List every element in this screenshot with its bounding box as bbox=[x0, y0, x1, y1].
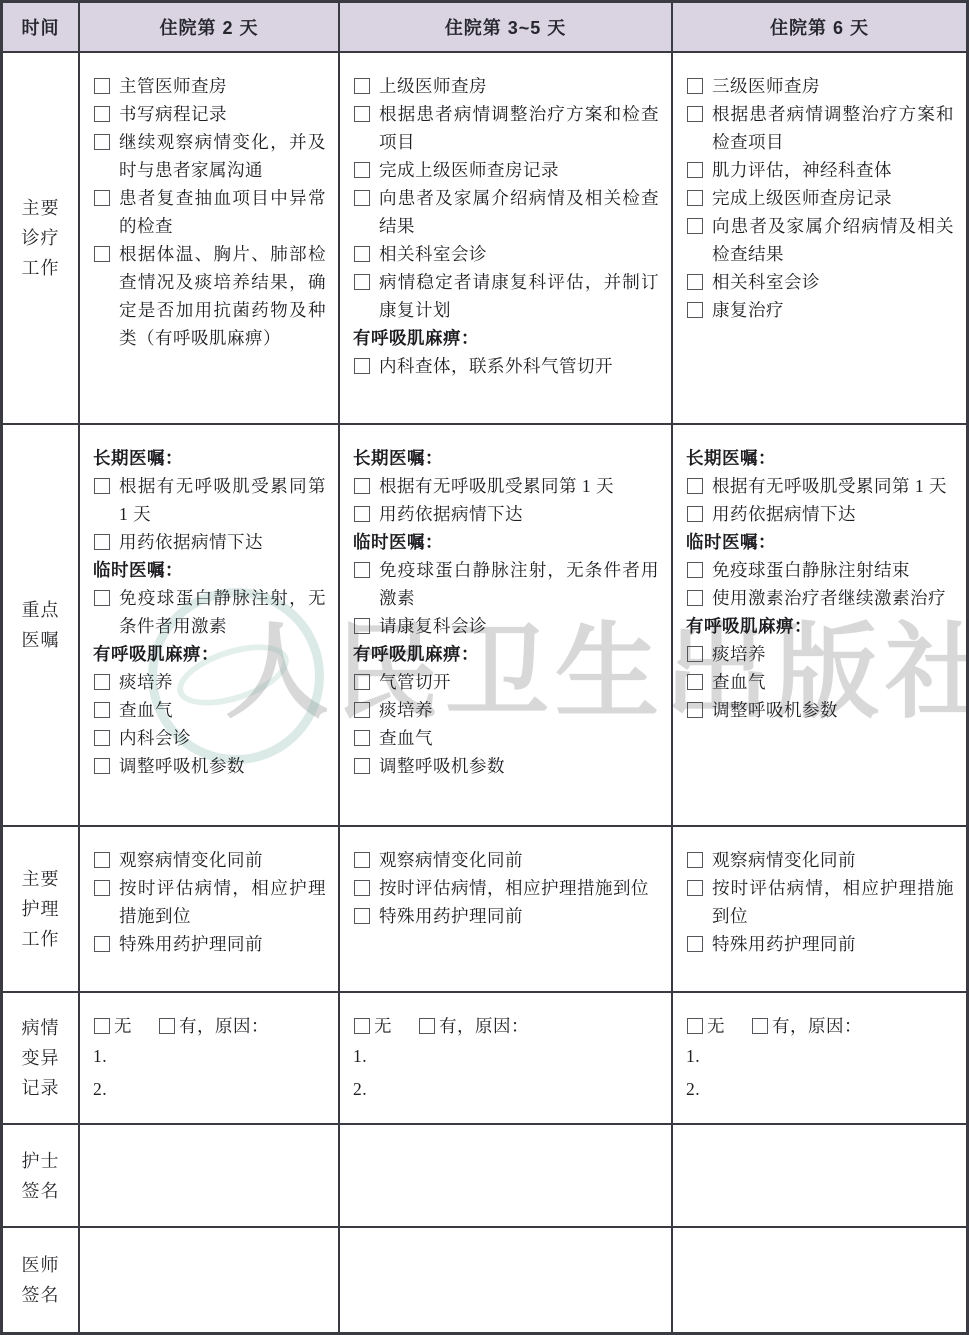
pathway-cell-row5-col1 bbox=[78, 1123, 338, 1226]
checkbox-icon bbox=[687, 646, 703, 662]
item-text: 根据患者病情调整治疗方案和检查项目 bbox=[712, 100, 954, 156]
item-text: 免疫球蛋白静脉注射，无条件者用激素 bbox=[379, 556, 659, 612]
checklist-item: 完成上级医师查房记录 bbox=[686, 184, 954, 212]
item-text: 用药依据病情下达 bbox=[119, 528, 326, 556]
checklist-item: 书写病程记录 bbox=[93, 100, 326, 128]
item-text: 有，原因： bbox=[772, 1012, 862, 1040]
item-text: 痰培养 bbox=[379, 696, 659, 724]
item-text: 免疫球蛋白静脉注射，无条件者用激素 bbox=[119, 584, 326, 640]
checklist-item: 请康复科会诊 bbox=[353, 612, 659, 640]
checkbox-icon bbox=[94, 78, 110, 94]
checklist-item: 三级医师查房 bbox=[686, 72, 954, 100]
variation-check-line: 无有，原因： bbox=[686, 1012, 954, 1040]
section-heading: 长期医嘱： bbox=[686, 444, 954, 472]
clinical-pathway-page: 人民卫生出版社 时间 住院第 2 天 住院第 3~5 天 住院第 6 天 主要诊… bbox=[0, 0, 969, 1335]
checklist-item: 根据有无呼吸肌受累同第 1 天 bbox=[353, 472, 659, 500]
checklist-item: 按时评估病情，相应护理措施到位 bbox=[686, 874, 954, 930]
checklist-item: 查血气 bbox=[93, 696, 326, 724]
item-text: 主管医师查房 bbox=[119, 72, 326, 100]
item-text: 无 bbox=[114, 1012, 132, 1040]
checkbox-icon bbox=[94, 106, 110, 122]
checklist-item: 根据有无呼吸肌受累同第 1 天 bbox=[686, 472, 954, 500]
section-heading: 长期医嘱： bbox=[353, 444, 659, 472]
item-text: 向患者及家属介绍病情及相关检查结果 bbox=[712, 212, 954, 268]
checklist-item: 用药依据病情下达 bbox=[686, 500, 954, 528]
section-heading: 有呼吸肌麻痹： bbox=[93, 640, 326, 668]
check-option: 有，原因： bbox=[158, 1012, 269, 1040]
section-heading: 临时医嘱： bbox=[686, 528, 954, 556]
item-text: 无 bbox=[707, 1012, 725, 1040]
checklist-item: 根据患者病情调整治疗方案和检查项目 bbox=[686, 100, 954, 156]
row-label-line: 医嘱 bbox=[22, 625, 60, 655]
item-text: 观察病情变化同前 bbox=[712, 846, 954, 874]
checkbox-icon bbox=[687, 852, 703, 868]
checkbox-icon bbox=[94, 478, 110, 494]
checkbox-icon bbox=[94, 702, 110, 718]
section-heading: 有呼吸肌麻痹： bbox=[686, 612, 954, 640]
checkbox-icon bbox=[687, 674, 703, 690]
variation-check-line: 无有，原因： bbox=[353, 1012, 659, 1040]
row-label: 护士签名 bbox=[3, 1123, 78, 1226]
checklist-item: 继续观察病情变化，并及时与患者家属沟通 bbox=[93, 128, 326, 184]
pathway-cell-row2-col1: 长期医嘱：根据有无呼吸肌受累同第 1 天用药依据病情下达临时医嘱：免疫球蛋白静脉… bbox=[78, 423, 338, 825]
row-label-line: 主要 bbox=[22, 864, 60, 894]
row-label-line: 工作 bbox=[22, 253, 60, 283]
item-text: 相关科室会诊 bbox=[712, 268, 954, 296]
pathway-cell-row3-col3: 观察病情变化同前按时评估病情，相应护理措施到位特殊用药护理同前 bbox=[671, 825, 966, 991]
checkbox-icon bbox=[354, 908, 370, 924]
checklist-item: 根据患者病情调整治疗方案和检查项目 bbox=[353, 100, 659, 156]
checklist-item: 免疫球蛋白静脉注射，无条件者用激素 bbox=[353, 556, 659, 612]
pathway-cell-row5-col3 bbox=[671, 1123, 966, 1226]
row-label: 医师签名 bbox=[3, 1226, 78, 1332]
pathway-cell-row2-col3: 长期医嘱：根据有无呼吸肌受累同第 1 天用药依据病情下达临时医嘱：免疫球蛋白静脉… bbox=[671, 423, 966, 825]
checkbox-icon bbox=[354, 162, 370, 178]
item-text: 上级医师查房 bbox=[379, 72, 659, 100]
pathway-cell-row3-col1: 观察病情变化同前按时评估病情，相应护理措施到位特殊用药护理同前 bbox=[78, 825, 338, 991]
item-text: 无 bbox=[374, 1012, 392, 1040]
checklist-item: 使用激素治疗者继续激素治疗 bbox=[686, 584, 954, 612]
checklist-item: 气管切开 bbox=[353, 668, 659, 696]
item-text: 相关科室会诊 bbox=[379, 240, 659, 268]
item-text: 查血气 bbox=[119, 696, 326, 724]
checkbox-icon bbox=[687, 880, 703, 896]
checkbox-icon bbox=[687, 936, 703, 952]
checklist-item: 病情稳定者请康复科评估，并制订康复计划 bbox=[353, 268, 659, 324]
item-text: 患者复查抽血项目中异常的检查 bbox=[119, 184, 326, 240]
pathway-cell-row6-col3 bbox=[671, 1226, 966, 1332]
checklist-item: 痰培养 bbox=[686, 640, 954, 668]
checkbox-icon bbox=[354, 78, 370, 94]
pathway-cell-row4-col1: 无有，原因：1.2. bbox=[78, 991, 338, 1123]
checklist-item: 免疫球蛋白静脉注射，无条件者用激素 bbox=[93, 584, 326, 640]
checkbox-icon bbox=[687, 218, 703, 234]
item-text: 完成上级医师查房记录 bbox=[712, 184, 954, 212]
numbered-blank-line: 1. bbox=[686, 1040, 954, 1073]
row-label-line: 主要 bbox=[22, 193, 60, 223]
item-text: 调整呼吸机参数 bbox=[712, 696, 954, 724]
checkbox-icon bbox=[687, 562, 703, 578]
item-text: 免疫球蛋白静脉注射结束 bbox=[712, 556, 954, 584]
pathway-cell-row5-col2 bbox=[338, 1123, 671, 1226]
item-text: 特殊用药护理同前 bbox=[379, 902, 659, 930]
checklist-item: 相关科室会诊 bbox=[686, 268, 954, 296]
check-option: 无 bbox=[93, 1012, 132, 1040]
row-label-line: 护理 bbox=[22, 894, 60, 924]
checkbox-icon bbox=[354, 618, 370, 634]
checkbox-icon bbox=[94, 1018, 110, 1034]
checklist-item: 特殊用药护理同前 bbox=[686, 930, 954, 958]
checkbox-icon bbox=[419, 1018, 435, 1034]
item-text: 使用激素治疗者继续激素治疗 bbox=[712, 584, 954, 612]
checklist-item: 用药依据病情下达 bbox=[353, 500, 659, 528]
item-text: 根据有无呼吸肌受累同第 1 天 bbox=[379, 472, 659, 500]
checklist-item: 调整呼吸机参数 bbox=[93, 752, 326, 780]
checklist-item: 观察病情变化同前 bbox=[686, 846, 954, 874]
pathway-cell-row2-col2: 长期医嘱：根据有无呼吸肌受累同第 1 天用药依据病情下达临时医嘱：免疫球蛋白静脉… bbox=[338, 423, 671, 825]
checkbox-icon bbox=[354, 758, 370, 774]
item-text: 内科会诊 bbox=[119, 724, 326, 752]
checklist-item: 完成上级医师查房记录 bbox=[353, 156, 659, 184]
row-label-line: 签名 bbox=[22, 1176, 60, 1206]
numbered-blank-line: 2. bbox=[93, 1073, 326, 1106]
item-text: 按时评估病情，相应护理措施到位 bbox=[119, 874, 326, 930]
item-text: 查血气 bbox=[379, 724, 659, 752]
item-text: 用药依据病情下达 bbox=[712, 500, 954, 528]
checklist-item: 按时评估病情，相应护理措施到位 bbox=[353, 874, 659, 902]
header-time: 时间 bbox=[3, 3, 78, 51]
checklist-item: 向患者及家属介绍病情及相关检查结果 bbox=[353, 184, 659, 240]
checkbox-icon bbox=[687, 590, 703, 606]
checkbox-icon bbox=[354, 478, 370, 494]
item-text: 有，原因： bbox=[179, 1012, 269, 1040]
item-text: 特殊用药护理同前 bbox=[712, 930, 954, 958]
pathway-cell-row4-col3: 无有，原因：1.2. bbox=[671, 991, 966, 1123]
item-text: 气管切开 bbox=[379, 668, 659, 696]
row-label: 重点医嘱 bbox=[3, 423, 78, 825]
item-text: 请康复科会诊 bbox=[379, 612, 659, 640]
checkbox-icon bbox=[159, 1018, 175, 1034]
checkbox-icon bbox=[94, 134, 110, 150]
checkbox-icon bbox=[752, 1018, 768, 1034]
row-label-line: 变异 bbox=[22, 1043, 60, 1073]
checkbox-icon bbox=[354, 274, 370, 290]
item-text: 根据有无呼吸肌受累同第 1 天 bbox=[712, 472, 954, 500]
checkbox-icon bbox=[94, 674, 110, 690]
clinical-pathway-table: 时间 住院第 2 天 住院第 3~5 天 住院第 6 天 主要诊疗工作主管医师查… bbox=[0, 0, 969, 1335]
check-option: 无 bbox=[686, 1012, 725, 1040]
row-label-line: 病情 bbox=[22, 1013, 60, 1043]
checkbox-icon bbox=[94, 936, 110, 952]
row-label-line: 诊疗 bbox=[22, 223, 60, 253]
checklist-item: 内科查体，联系外科气管切开 bbox=[353, 352, 659, 380]
checklist-item: 观察病情变化同前 bbox=[93, 846, 326, 874]
row-label-line: 工作 bbox=[22, 924, 60, 954]
checklist-item: 上级医师查房 bbox=[353, 72, 659, 100]
pathway-cell-row3-col2: 观察病情变化同前按时评估病情，相应护理措施到位特殊用药护理同前 bbox=[338, 825, 671, 991]
header-day-3-5: 住院第 3~5 天 bbox=[338, 3, 671, 51]
row-label-line: 签名 bbox=[22, 1280, 60, 1310]
item-text: 痰培养 bbox=[712, 640, 954, 668]
checklist-item: 患者复查抽血项目中异常的检查 bbox=[93, 184, 326, 240]
checkbox-icon bbox=[687, 478, 703, 494]
section-heading: 长期医嘱： bbox=[93, 444, 326, 472]
checkbox-icon bbox=[354, 246, 370, 262]
row-label: 病情变异记录 bbox=[3, 991, 78, 1123]
check-option: 有，原因： bbox=[751, 1012, 862, 1040]
checklist-item: 免疫球蛋白静脉注射结束 bbox=[686, 556, 954, 584]
checkbox-icon bbox=[354, 702, 370, 718]
item-text: 书写病程记录 bbox=[119, 100, 326, 128]
pathway-cell-row1-col2: 上级医师查房根据患者病情调整治疗方案和检查项目完成上级医师查房记录向患者及家属介… bbox=[338, 51, 671, 423]
checkbox-icon bbox=[354, 1018, 370, 1034]
section-heading: 临时医嘱： bbox=[353, 528, 659, 556]
pathway-cell-row1-col3: 三级医师查房根据患者病情调整治疗方案和检查项目肌力评估，神经科查体完成上级医师查… bbox=[671, 51, 966, 423]
checkbox-icon bbox=[687, 78, 703, 94]
header-day-6: 住院第 6 天 bbox=[671, 3, 966, 51]
header-day-2: 住院第 2 天 bbox=[78, 3, 338, 51]
checklist-item: 内科会诊 bbox=[93, 724, 326, 752]
checkbox-icon bbox=[94, 852, 110, 868]
item-text: 完成上级医师查房记录 bbox=[379, 156, 659, 184]
numbered-blank-line: 2. bbox=[353, 1073, 659, 1106]
item-text: 继续观察病情变化，并及时与患者家属沟通 bbox=[119, 128, 326, 184]
checklist-item: 向患者及家属介绍病情及相关检查结果 bbox=[686, 212, 954, 268]
item-text: 痰培养 bbox=[119, 668, 326, 696]
section-heading: 有呼吸肌麻痹： bbox=[353, 324, 659, 352]
checkbox-icon bbox=[94, 246, 110, 262]
checkbox-icon bbox=[354, 106, 370, 122]
checklist-item: 调整呼吸机参数 bbox=[686, 696, 954, 724]
checkbox-icon bbox=[687, 1018, 703, 1034]
checklist-item: 康复治疗 bbox=[686, 296, 954, 324]
checkbox-icon bbox=[94, 190, 110, 206]
section-heading: 临时医嘱： bbox=[93, 556, 326, 584]
checklist-item: 用药依据病情下达 bbox=[93, 528, 326, 556]
numbered-blank-line: 2. bbox=[686, 1073, 954, 1106]
checklist-item: 调整呼吸机参数 bbox=[353, 752, 659, 780]
section-heading: 有呼吸肌麻痹： bbox=[353, 640, 659, 668]
pathway-cell-row6-col1 bbox=[78, 1226, 338, 1332]
variation-check-line: 无有，原因： bbox=[93, 1012, 326, 1040]
check-option: 无 bbox=[353, 1012, 392, 1040]
checkbox-icon bbox=[354, 358, 370, 374]
checklist-item: 相关科室会诊 bbox=[353, 240, 659, 268]
item-text: 有，原因： bbox=[439, 1012, 529, 1040]
checkbox-icon bbox=[354, 852, 370, 868]
checkbox-icon bbox=[94, 758, 110, 774]
item-text: 用药依据病情下达 bbox=[379, 500, 659, 528]
checkbox-icon bbox=[687, 162, 703, 178]
item-text: 观察病情变化同前 bbox=[119, 846, 326, 874]
checkbox-icon bbox=[687, 302, 703, 318]
checkbox-icon bbox=[687, 106, 703, 122]
item-text: 根据有无呼吸肌受累同第 1 天 bbox=[119, 472, 326, 528]
pathway-cell-row6-col2 bbox=[338, 1226, 671, 1332]
checkbox-icon bbox=[354, 880, 370, 896]
row-label-line: 医师 bbox=[22, 1250, 60, 1280]
checkbox-icon bbox=[354, 730, 370, 746]
checklist-item: 主管医师查房 bbox=[93, 72, 326, 100]
checkbox-icon bbox=[94, 534, 110, 550]
item-text: 三级医师查房 bbox=[712, 72, 954, 100]
checkbox-icon bbox=[354, 506, 370, 522]
checkbox-icon bbox=[94, 880, 110, 896]
item-text: 按时评估病情，相应护理措施到位 bbox=[379, 874, 659, 902]
checklist-item: 特殊用药护理同前 bbox=[353, 902, 659, 930]
check-option: 有，原因： bbox=[418, 1012, 529, 1040]
row-label: 主要护理工作 bbox=[3, 825, 78, 991]
item-text: 康复治疗 bbox=[712, 296, 954, 324]
item-text: 根据体温、胸片、肺部检查情况及痰培养结果，确定是否加用抗菌药物及种类（有呼吸肌麻… bbox=[119, 240, 326, 352]
row-label: 主要诊疗工作 bbox=[3, 51, 78, 423]
checklist-item: 特殊用药护理同前 bbox=[93, 930, 326, 958]
checkbox-icon bbox=[354, 674, 370, 690]
checkbox-icon bbox=[687, 702, 703, 718]
checklist-item: 查血气 bbox=[353, 724, 659, 752]
item-text: 调整呼吸机参数 bbox=[119, 752, 326, 780]
item-text: 观察病情变化同前 bbox=[379, 846, 659, 874]
row-label-line: 记录 bbox=[22, 1073, 60, 1103]
checklist-item: 查血气 bbox=[686, 668, 954, 696]
item-text: 调整呼吸机参数 bbox=[379, 752, 659, 780]
checklist-item: 根据有无呼吸肌受累同第 1 天 bbox=[93, 472, 326, 528]
row-label-line: 重点 bbox=[22, 595, 60, 625]
checklist-item: 观察病情变化同前 bbox=[353, 846, 659, 874]
checklist-item: 按时评估病情，相应护理措施到位 bbox=[93, 874, 326, 930]
item-text: 特殊用药护理同前 bbox=[119, 930, 326, 958]
item-text: 按时评估病情，相应护理措施到位 bbox=[712, 874, 954, 930]
item-text: 肌力评估，神经科查体 bbox=[712, 156, 954, 184]
pathway-cell-row4-col2: 无有，原因：1.2. bbox=[338, 991, 671, 1123]
checklist-item: 根据体温、胸片、肺部检查情况及痰培养结果，确定是否加用抗菌药物及种类（有呼吸肌麻… bbox=[93, 240, 326, 352]
checkbox-icon bbox=[94, 730, 110, 746]
item-text: 病情稳定者请康复科评估，并制订康复计划 bbox=[379, 268, 659, 324]
checklist-item: 痰培养 bbox=[93, 668, 326, 696]
numbered-blank-line: 1. bbox=[93, 1040, 326, 1073]
numbered-blank-line: 1. bbox=[353, 1040, 659, 1073]
item-text: 内科查体，联系外科气管切开 bbox=[379, 352, 659, 380]
item-text: 查血气 bbox=[712, 668, 954, 696]
checklist-item: 痰培养 bbox=[353, 696, 659, 724]
checkbox-icon bbox=[354, 190, 370, 206]
row-label-line: 护士 bbox=[22, 1146, 60, 1176]
item-text: 向患者及家属介绍病情及相关检查结果 bbox=[379, 184, 659, 240]
checkbox-icon bbox=[687, 506, 703, 522]
checklist-item: 肌力评估，神经科查体 bbox=[686, 156, 954, 184]
checkbox-icon bbox=[687, 274, 703, 290]
checkbox-icon bbox=[354, 562, 370, 578]
checkbox-icon bbox=[94, 590, 110, 606]
item-text: 根据患者病情调整治疗方案和检查项目 bbox=[379, 100, 659, 156]
checkbox-icon bbox=[687, 190, 703, 206]
pathway-cell-row1-col1: 主管医师查房书写病程记录继续观察病情变化，并及时与患者家属沟通患者复查抽血项目中… bbox=[78, 51, 338, 423]
